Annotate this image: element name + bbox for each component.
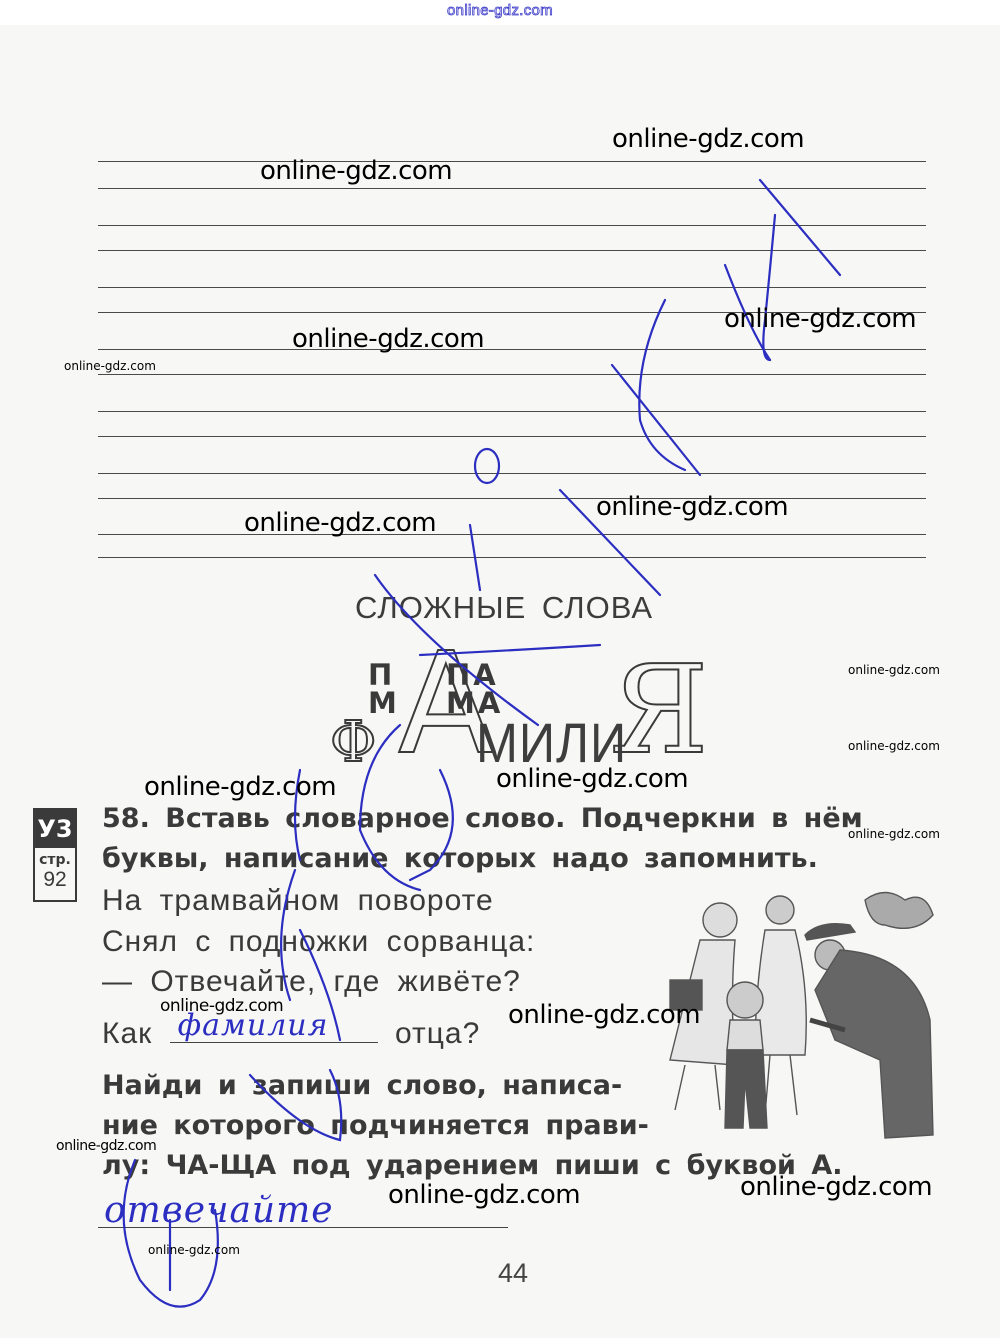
page-number: 44	[498, 1258, 528, 1289]
ruled-line	[98, 250, 926, 251]
watermark: online-gdz.com	[148, 1243, 240, 1257]
ruled-line	[98, 349, 926, 350]
exercise-instruction-line2: буквы, написание которых надо запомнить.	[102, 839, 818, 879]
ruled-line	[98, 188, 926, 189]
reference-badge: У3 стр. 92	[33, 808, 77, 902]
fill-in-line: Как фамилия отца?	[102, 1012, 480, 1054]
exercise-instruction-line1: 58. Вставь словарное слово. Подчеркни в …	[102, 799, 863, 839]
handwritten-answer-otvechayte: отвечайте	[104, 1190, 334, 1231]
watermark: online-gdz.com	[260, 156, 452, 186]
ruled-line	[98, 436, 926, 437]
watermark: online-gdz.com	[64, 359, 156, 373]
word-art-letter-f: Ф	[330, 715, 376, 771]
ruled-line	[98, 287, 926, 288]
ruled-line	[98, 161, 926, 162]
poem-line: На трамвайном повороте	[102, 881, 494, 921]
watermark: online-gdz.com	[244, 508, 436, 538]
exercise-number: 58.	[102, 803, 150, 834]
badge-code: У3	[35, 810, 75, 848]
watermark: online-gdz.com	[848, 739, 940, 753]
blank-suffix: отца?	[395, 1017, 480, 1050]
watermark: online-gdz.com	[848, 827, 940, 841]
watermark: online-gdz.com	[612, 124, 804, 154]
watermark: online-gdz.com	[144, 772, 336, 802]
badge-page-label: стр.	[35, 852, 75, 868]
watermark: online-gdz.com	[596, 492, 788, 522]
instruction-text: Вставь словарное слово. Подчеркни в нём	[165, 803, 862, 834]
watermark: online-gdz.com	[724, 304, 916, 334]
ruled-line	[98, 534, 926, 535]
word-art-papa-left: П	[368, 662, 395, 688]
watermark: online-gdz.com	[56, 1138, 156, 1154]
section-title: СЛОЖНЫЕ СЛОВА	[355, 590, 653, 626]
word-art-papa-right: ПА	[446, 662, 499, 688]
ruled-line	[98, 225, 926, 226]
poem-line: Снял с подножки сорванца:	[102, 922, 535, 962]
task2-line: ние которого подчиняется прави-	[102, 1106, 649, 1146]
watermark: online-gdz.com	[388, 1180, 580, 1210]
ruled-line	[98, 557, 926, 558]
ruled-line	[98, 411, 926, 412]
blank-prefix: Как	[102, 1017, 152, 1050]
ruled-line	[98, 498, 926, 499]
watermark: online-gdz.com	[848, 663, 940, 677]
ruled-line	[98, 473, 926, 474]
watermark: online-gdz.com	[740, 1172, 932, 1202]
site-watermark-top: online-gdz.com	[0, 2, 1000, 19]
word-art-letter-ya: Я	[610, 650, 709, 770]
badge-page-number: 92	[35, 868, 75, 892]
watermark: online-gdz.com	[496, 764, 688, 794]
answer-blank[interactable]: фамилия	[170, 1012, 378, 1043]
watermark: online-gdz.com	[508, 1000, 700, 1030]
task2-line: Найди и запиши слово, написа-	[102, 1066, 622, 1106]
ruled-line	[98, 374, 926, 375]
watermark: online-gdz.com	[160, 996, 283, 1016]
word-art-mili: МИЛИ	[476, 715, 627, 771]
watermark: online-gdz.com	[292, 324, 484, 354]
